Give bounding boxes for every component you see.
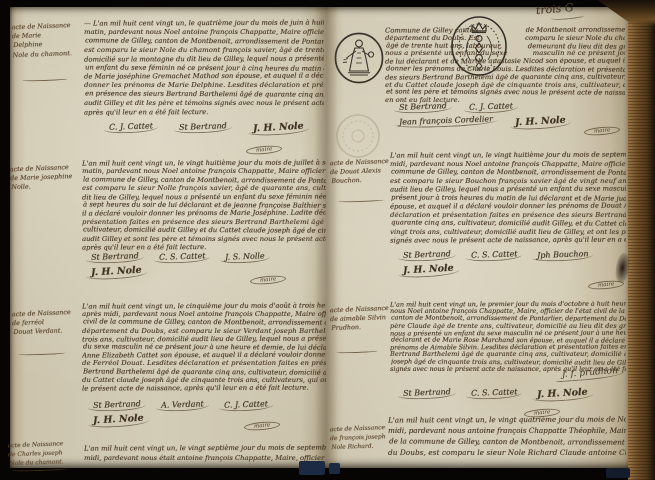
- signature-bouchon: Jph Bouchon: [532, 249, 594, 262]
- manuscript-line: département du Doubs. Est comparu le sie…: [385, 35, 625, 43]
- embossed-seal-icon: [334, 112, 382, 164]
- entry-body-marie-josephine: L'an mil huit cent vingt un, le vingt hu…: [82, 159, 326, 251]
- manuscript-line: domicilié sur la montagne du dit lieu de…: [84, 54, 324, 64]
- manuscript-line: Bouchon.: [331, 175, 392, 186]
- manuscript-line: midi, pardevant nous était antoine franç…: [84, 453, 326, 463]
- manuscript-line: des sieurs Bertrand Barthelemi âgé de qu…: [385, 73, 625, 82]
- manuscript-line: de la commune de Gilley, canton de Montb…: [389, 435, 626, 447]
- margin-note-charles-joseph: acte de Naissancede Charles josephNole d…: [8, 439, 79, 469]
- manuscript-line: la commune de Gilley, canton de Montbeno…: [83, 175, 326, 185]
- manuscript-line: matin, pardevant nous Noel antoine franç…: [82, 167, 326, 175]
- signature-mayor: J. H. Nole: [247, 120, 308, 136]
- manuscript-line: commune de Gilley, canton de Montbenoit,…: [85, 36, 324, 46]
- entry-body-aimable-silvin: L'an mil huit cent vingt un, le premier …: [390, 301, 626, 373]
- manuscript-line: L'an mil huit cent vingt un, le vingt hu…: [82, 159, 326, 168]
- signature-row: C. J. Cattet St Bertrand J. H. Nole: [104, 122, 314, 135]
- manuscript-line: département du Doubs, est comparu le sie…: [82, 327, 326, 335]
- manuscript-line: le présent acte de naissance, après qu'i…: [82, 383, 326, 392]
- manuscript-line: de Marie joséphine Gremachet Mathod son …: [84, 72, 324, 82]
- manuscript-line: est comparu le sieur Nole du chamont fra…: [84, 46, 324, 55]
- scanned-register-spread: acte de Naissancede MarieDelphineNole du…: [0, 0, 655, 480]
- signature-row: St Bertrand A. Verdant C. J. Cattet J. H…: [88, 400, 320, 427]
- signature-nolle: J. S. Nolle: [220, 251, 270, 264]
- manuscript-line: de Ferréol Douat. Lesdites déclaration e…: [82, 359, 326, 367]
- entry-body-douat-alexis: L'an mil huit cent vingt un, le vingt hu…: [390, 151, 626, 245]
- entry-body-francois-joseph: L'an mil huit cent vingt un, le vingt qu…: [388, 414, 626, 458]
- manuscript-line: âgé de trente huit ans, laboureur, demeu…: [386, 42, 625, 51]
- manuscript-line: Bertrand Barthelemi âgé de quarante cinq…: [83, 367, 326, 376]
- signature-cattet: C. J. Cattet: [218, 399, 272, 412]
- scanner-cradle-sliver: [606, 468, 630, 478]
- signature-bertrand: St Bertrand: [398, 249, 456, 262]
- signature-bertrand: St Bertrand: [86, 251, 144, 264]
- manuscript-line: midi, pardevant nous antoine françois Ch…: [388, 425, 626, 436]
- margin-note-aimable-silvin-prudhon: acte de Naissancede aimable SilvinPrudho…: [330, 304, 393, 334]
- signature-cattet: C. S. Cattet: [154, 251, 211, 264]
- figure-stamp-icon: [333, 31, 385, 89]
- margin-note-douat-alexis-bouchon: acte de Naissancede Douat AlexisBouchon.: [330, 157, 393, 187]
- manuscript-line: L'an mil huit cent vingt un, le premier …: [390, 301, 626, 309]
- signature-row: St Bertrand C. J. Cattet Jean françois C…: [394, 102, 626, 129]
- margin-note-marie-josephine: acte de Naissancede Marie josephineNolle…: [10, 163, 79, 193]
- signature-verdant: A. Verdant: [156, 399, 209, 412]
- signature-cattet: C. S. Cattet: [466, 249, 523, 262]
- entry-body-marie-delphine: — L'an mil huit cent vingt un, le quatri…: [84, 19, 324, 117]
- manuscript-line: signés avec nous le présent acte de nais…: [390, 235, 626, 244]
- margin-note-francois-joseph-nole-richard: acte de Naissancede françois josephNole …: [330, 423, 393, 453]
- manuscript-line: prénoms de Aimable Silvin. Lesdites décl…: [390, 344, 626, 352]
- signature-cattet: C. J. Cattet: [464, 101, 518, 114]
- manuscript-line: — L'an mil huit cent vingt un, le quatri…: [84, 19, 324, 28]
- signature-row: St Bertrand C. S. Cattet J. H. Nole: [398, 388, 608, 401]
- signature-cattet: C. J. Cattet: [104, 121, 158, 134]
- manuscript-line: après qu'il leur en a été fait lecture.: [82, 243, 326, 252]
- signature-mayor: J. H. Nole: [398, 262, 459, 278]
- manuscript-line: en présence des sieurs Bertrand Barthele…: [85, 90, 324, 100]
- manuscript-line: joseph âgé de cinquante trois ans, culti…: [391, 358, 626, 366]
- manuscript-line: Bertrand Barthelemi âgé de quarante cinq…: [390, 351, 626, 358]
- signature-bertrand: St Bertrand: [398, 387, 456, 400]
- manuscript-line: est comparu le sieur Nolle françois xavi…: [82, 184, 326, 192]
- manuscript-line: Nole Richard.: [331, 441, 392, 452]
- manuscript-line: après qu'il leur en a été fait lecture.: [84, 108, 324, 117]
- manuscript-line: L'an mil huit cent vingt un, le cinquièm…: [82, 302, 326, 311]
- entry-body-ferreol-verdant: L'an mil huit cent vingt un, le cinquièm…: [82, 302, 326, 392]
- manuscript-line: L'an mil huit cent vingt un, le vingt hu…: [390, 151, 626, 160]
- signature-bertrand: St Bertrand: [88, 399, 146, 412]
- manuscript-line: il a déclaré vouloir donner les prénoms …: [82, 209, 326, 218]
- manuscript-line: L'an mil huit cent vingt un, le vingt se…: [84, 443, 326, 454]
- signature-row: St Bertrand C. S. Cattet J. S. Nolle J. …: [86, 252, 322, 279]
- scanner-cradle-sliver: [329, 463, 340, 474]
- manuscript-line: du Doubs, est comparu le sieur Nole Rich…: [388, 447, 626, 458]
- signature-cattet: C. S. Cattet: [466, 387, 523, 400]
- manuscript-line: L'an mil huit cent vingt un, le vingt qu…: [388, 414, 626, 426]
- signature-mayor: J. H. Nole: [88, 412, 149, 428]
- manuscript-line: Anne Elizabeth Cattet son épouse, et auq…: [82, 351, 326, 360]
- manuscript-line: commune de Gilley, canton de Montbenoit,…: [391, 167, 626, 177]
- signature-cordelier: Jean françois Cordelier: [394, 114, 498, 129]
- margin-note-ferreol-verdant: acte de Naissancede ferréolDouat Verdant…: [12, 308, 79, 338]
- signature-bertrand: St Bertrand: [394, 101, 452, 114]
- manuscript-line: Prudhon.: [331, 322, 392, 333]
- book-fore-edge: [628, 0, 655, 480]
- signature-mayor: J. H. Nole: [510, 114, 571, 130]
- signature-mayor: J. H. Nole: [532, 386, 593, 402]
- signature-mayor: J. H. Nole: [86, 264, 147, 280]
- entry-body-charles-joseph: L'an mil huit cent vingt un, le vingt se…: [84, 443, 326, 463]
- signature-row: St Bertrand C. S. Cattet Jph Bouchon J. …: [398, 250, 626, 277]
- signature-bertrand: St Bertrand: [174, 121, 232, 134]
- manuscript-line: épouse, et auquel il a déclaré vouloir d…: [390, 201, 626, 211]
- manuscript-line: matin, pardevant nous Noel antoine franç…: [84, 28, 324, 37]
- entry-body-charle-louis: Commune de Gilley canton de Montbenoit a…: [385, 27, 625, 105]
- manuscript-line: cultivateur, domicilié audit Gilley et d…: [83, 226, 326, 236]
- manuscript-line: quarante cinq ans, cultivateur, domicili…: [391, 218, 626, 228]
- manuscript-line: Commune de Gilley canton de Montbenoit a…: [385, 27, 625, 35]
- scanner-cradle-sliver: [299, 461, 325, 475]
- margin-note-marie-delphine: acte de Naissancede MarieDelphineNole du…: [11, 21, 78, 60]
